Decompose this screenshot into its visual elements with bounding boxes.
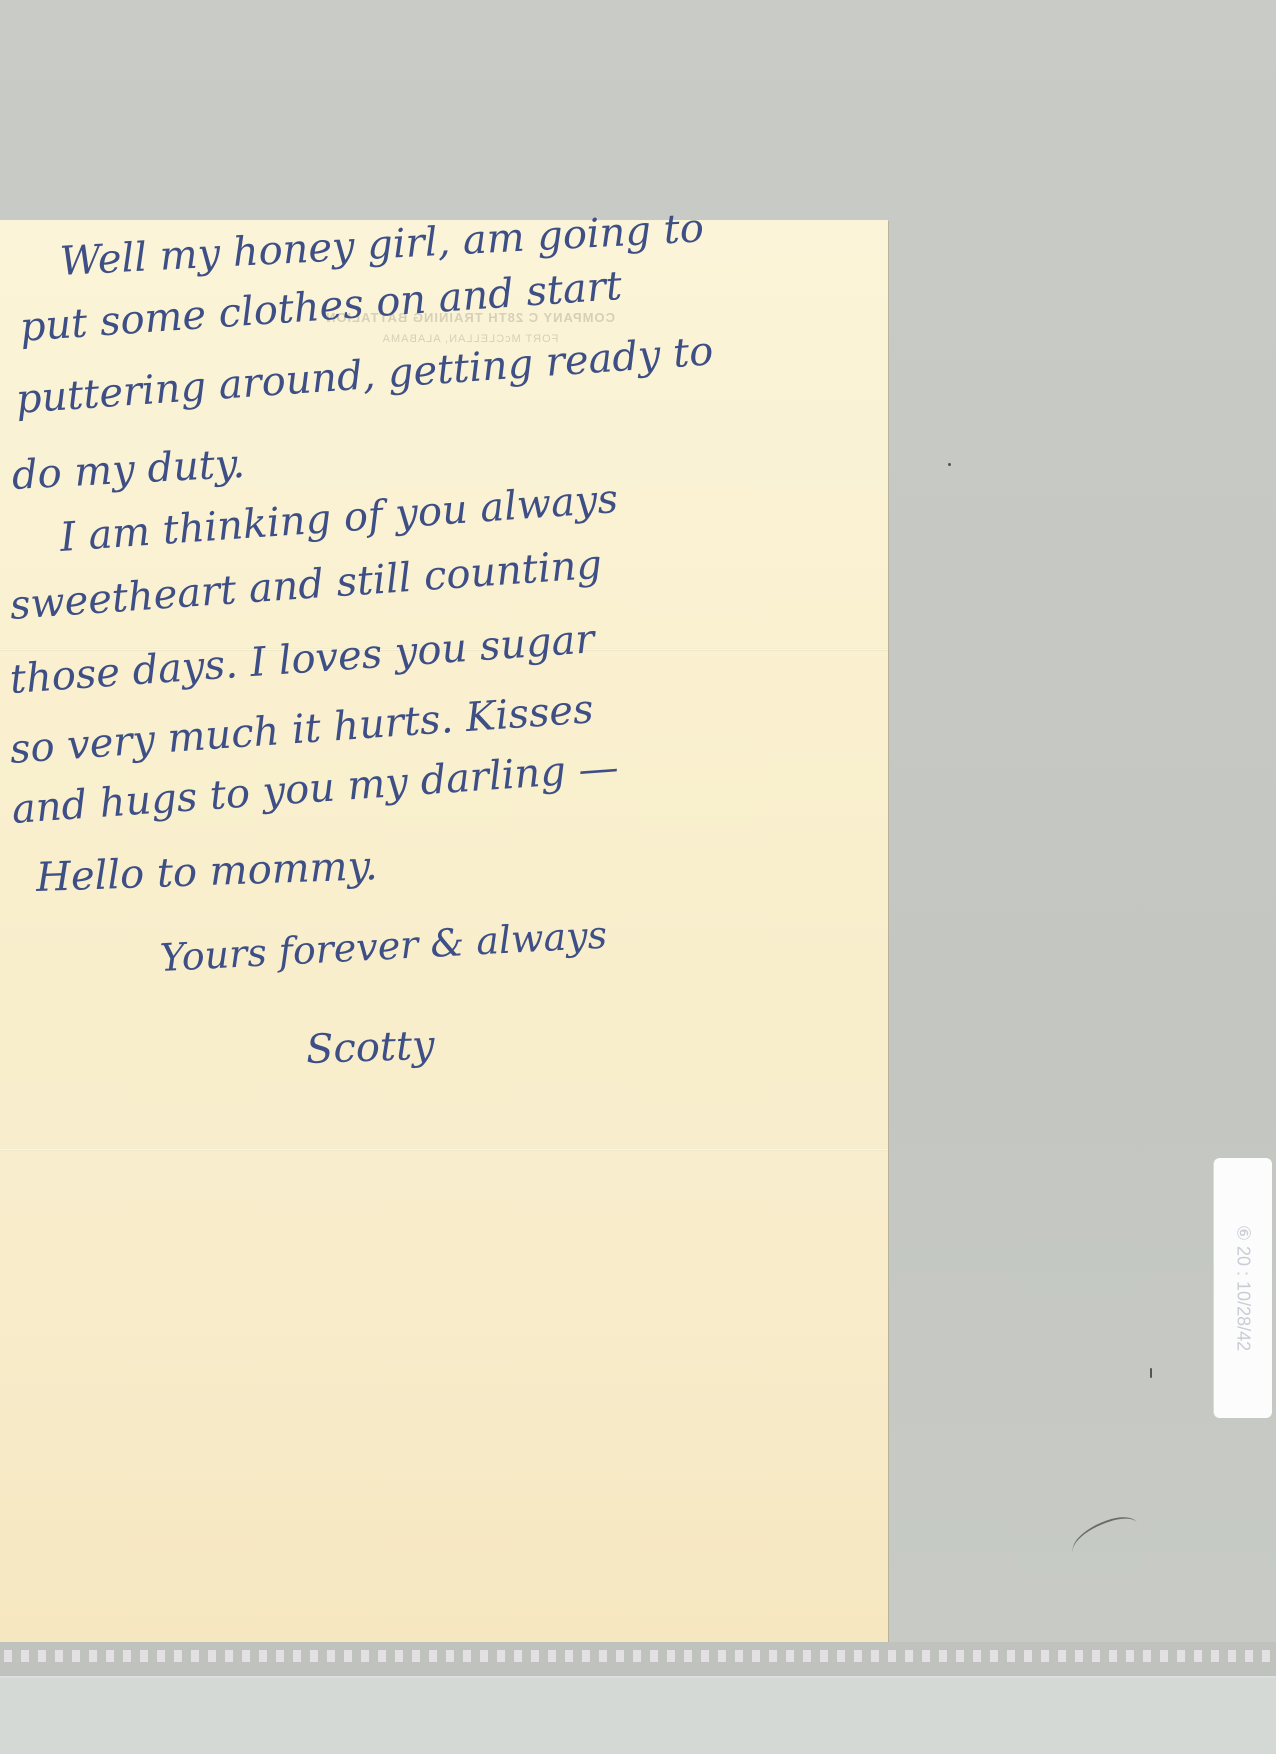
- letter-signature: Scotty: [305, 1016, 436, 1080]
- sleeve-perforations: [4, 1650, 1276, 1662]
- dust-mark: [1150, 1368, 1152, 1378]
- letter-line: Hello to mommy.: [35, 836, 379, 908]
- archive-label: ⑥ 20 : 10/28/42: [1214, 1158, 1272, 1418]
- letter-line: do my duty.: [10, 434, 246, 506]
- dust-speck: [948, 463, 951, 466]
- archive-label-text: ⑥ 20 : 10/28/42: [1233, 1225, 1254, 1351]
- letter-closing: Yours forever & always: [158, 905, 608, 988]
- letter-page: COMPANY C 28TH TRAINING BATTALION FORT M…: [0, 220, 888, 1644]
- sleeve-lower-area: [0, 1678, 1276, 1754]
- paper-fold-line: [0, 1148, 888, 1151]
